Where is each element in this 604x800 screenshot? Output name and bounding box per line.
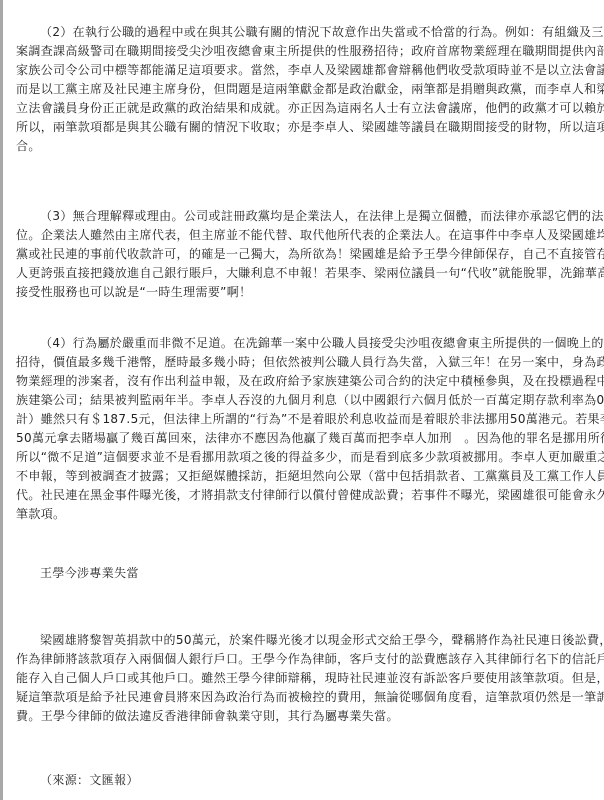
text-line: 所以“微不足道”這個要求並不是看挪用款項之後的得益多少，而是看到底多少款項被挪用… xyxy=(16,448,592,467)
text-line: 代。社民連在黑金事件曝光後，才將捐款支付律師行以償付曾健成訟費；若事件不曝光，梁… xyxy=(16,486,592,505)
section-heading: 王學今涉專業失當 xyxy=(40,564,139,583)
text-line: 50萬元拿去賭場贏了幾百萬回來，法律亦不應因為他贏了幾百萬而把李卓人加刑 。因為… xyxy=(16,429,592,448)
text-line: 費。王學今律師的做法違反香港律師會執業守則，其行為屬專業失當。 xyxy=(16,707,592,726)
paragraph-point-3: （3）無合理解釋或理由。公司或註冊政黨均是企業法人，在法律上是獨立個體，而法律亦… xyxy=(16,207,592,302)
text-line: （4）行為屬於嚴重而非微不足道。在冼錦華一案中公職人員接受尖沙咀夜總會東主所提供… xyxy=(16,334,592,353)
text-line: 所以，兩筆款項都是與其公職有關的情況下收取；亦是李卓人、梁國雄等議員在職期間接受… xyxy=(16,118,592,137)
text-line: 筆款項。 xyxy=(16,505,592,524)
text-line: 立法會議員身份正正就是政黨的政治結果和成就。亦正因為這兩名人士有立法會議席，他們… xyxy=(16,99,592,118)
text-line: 案調查課高級警司在職期間接受尖沙咀夜總會東主所提供的性服務招待；政府首席物業經理… xyxy=(16,42,592,61)
text-line: 計）雖然只有＄187.5元，但法律上所謂的“行為”不是着眼於利息收益而是着眼於非… xyxy=(16,410,592,429)
text-line: 族建築公司；結果被判監兩年半。李卓人吞沒的九個月利息（以中國銀行六個月低於一百萬… xyxy=(16,391,592,410)
text-line: 黨或社民連的事前代收款許可，的確是一己獨大，為所欲為！梁國雄是給予王學今律師保存… xyxy=(16,245,592,264)
text-line: 而是以工黨主席及社民連主席身份，但問題是這兩筆獻金都是政治獻金，兩筆都是捐贈與政… xyxy=(16,80,592,99)
text-line: 梁國雄將黎智英捐款中的50萬元，於案件曝光後才以現金形式交給王學今，聲稱將作為社… xyxy=(16,631,592,650)
text-line: 作為律師將該款項存入兩個個人銀行戶口。王學今作為律師，客戶支付的訟費應該存入其律… xyxy=(16,650,592,669)
text-line: 家族公司令公司中標等都能滿足這項要求。當然，李卓人及梁國雄都會辯稱他們收受款項時… xyxy=(16,61,592,80)
text-line: 合。 xyxy=(16,137,592,156)
text-line: （2）在執行公職的過程中或在與其公職有關的情況下故意作出失當或不恰當的行為。例如… xyxy=(16,23,592,42)
text-line: 疑這筆款項是給予社民連會員將來因為政治行為而被檢控的費用，無論從哪個角度看，這筆… xyxy=(16,688,592,707)
text-line: 接受性服務也可以說是“一時生理需要”啊！ xyxy=(16,283,592,302)
text-line: 物業經理的涉案者，沒有作出利益申報，及在政府給予家族建築公司合約的決定中積極參與… xyxy=(16,372,592,391)
paragraph-point-2: （2）在執行公職的過程中或在與其公職有關的情況下故意作出失當或不恰當的行為。例如… xyxy=(16,23,592,156)
source-attribution: （來源：文匯報） xyxy=(40,771,139,790)
text-line: 能存入自己個人戶口或其他戶口。雖然王學今律師辯稱，現時社民連並沒有訴訟客戶要使用… xyxy=(16,669,592,688)
text-line: 招待，價值最多幾千港幣，歷時最多幾小時；但依然被判公職人員行為失當，入獄三年！在… xyxy=(16,353,592,372)
page-left-border xyxy=(0,0,3,800)
paragraph-point-4: （4）行為屬於嚴重而非微不足道。在冼錦華一案中公職人員接受尖沙咀夜總會東主所提供… xyxy=(16,334,592,524)
text-line: 人更誇張直接把錢放進自己銀行賬戶，大賺利息不申報！若果李、梁兩位議員一句“代收”… xyxy=(16,264,592,283)
text-line: 位。企業法人雖然由主席代表，但主席並不能代替、取代他所代表的企業法人。在這事件中… xyxy=(16,226,592,245)
text-line: 不申報，等到被調查才披露；又拒絕媒體採訪，拒絕坦然向公眾（當中包括捐款者、工黨黨… xyxy=(16,467,592,486)
text-line: （3）無合理解釋或理由。公司或註冊政黨均是企業法人，在法律上是獨立個體，而法律亦… xyxy=(16,207,592,226)
paragraph-wong-section: 梁國雄將黎智英捐款中的50萬元，於案件曝光後才以現金形式交給王學今，聲稱將作為社… xyxy=(16,631,592,726)
